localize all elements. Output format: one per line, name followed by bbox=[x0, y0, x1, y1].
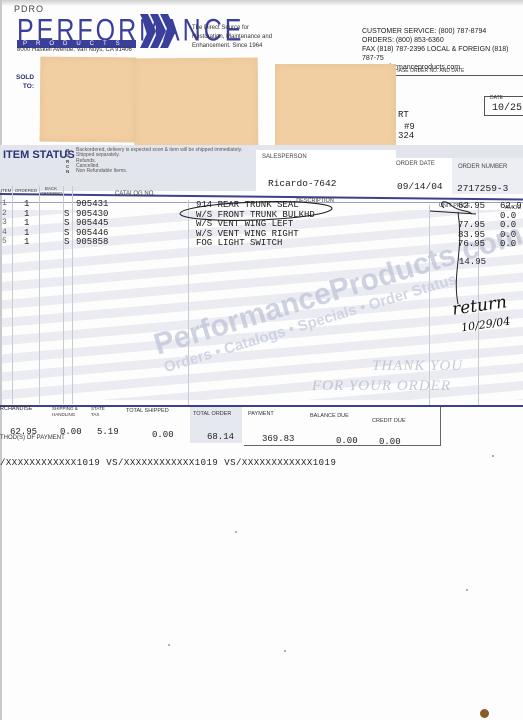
scan-speck bbox=[284, 650, 286, 652]
row-item: 5 bbox=[2, 237, 7, 246]
redaction-patch bbox=[134, 58, 259, 151]
total-shipped-value: 0.00 bbox=[152, 430, 174, 440]
tax-label: STATE TAX bbox=[91, 406, 107, 418]
merchandise-label: RCHANDISE bbox=[0, 406, 32, 412]
row-ordered: 1 bbox=[24, 237, 29, 247]
status-code-text: Non Refundable Items. bbox=[76, 169, 242, 174]
customer-service: CUSTOMER SERVICE: (800) 787-8794 bbox=[362, 27, 523, 36]
purchase-order-label: HASE ORDER NO. AND DATE bbox=[395, 68, 464, 74]
col-catalog-no: CATALOG NO. bbox=[105, 192, 165, 197]
credit-due-label: CREDIT DUE bbox=[372, 418, 406, 424]
chevron-logo-icon bbox=[140, 14, 176, 48]
scan-speck bbox=[235, 531, 237, 533]
status-codes: B S R C N bbox=[66, 148, 74, 174]
payment-label: PAYMENT bbox=[248, 411, 274, 417]
thank-you-text: THANK YOU bbox=[372, 358, 463, 375]
row-ordered: 1 bbox=[24, 199, 29, 209]
row-ordered: 1 bbox=[24, 209, 29, 219]
row-status: S bbox=[64, 209, 69, 219]
balance-due-value: 0.00 bbox=[336, 436, 358, 446]
col-back-ordered: BACK ORDERED bbox=[40, 186, 62, 196]
scan-speck bbox=[466, 589, 468, 591]
row-amount: 62.9 bbox=[500, 201, 522, 211]
total-shipped-label: TOTAL SHIPPED bbox=[126, 408, 169, 414]
payment-methods: /XXXXXXXXXXXX1019 VS/XXXXXXXXXXXX1019 VS… bbox=[0, 458, 336, 468]
scan-speck bbox=[492, 455, 494, 457]
row-catalog-no: 905430 bbox=[76, 209, 108, 219]
handwritten-annotations bbox=[176, 192, 476, 312]
row-status: S bbox=[64, 237, 69, 247]
date-label: DATE bbox=[490, 95, 503, 101]
divider bbox=[395, 75, 523, 76]
row-catalog-no: 905445 bbox=[76, 218, 108, 228]
row-status: S bbox=[64, 218, 69, 228]
row-item: 3 bbox=[2, 218, 7, 227]
balance-due-label: BALANCE DUE bbox=[310, 413, 349, 419]
payment-method-label: THOD(S) OF PAYMENT bbox=[0, 435, 65, 441]
col-item: ITEM bbox=[0, 188, 12, 193]
company-address: 8000 Haskell Avenue, Van Nuys, CA 91406 bbox=[17, 47, 132, 53]
payment-value: 369.83 bbox=[262, 434, 294, 444]
row-status: S bbox=[64, 228, 69, 238]
tax-value: 5.19 bbox=[97, 427, 119, 437]
row-catalog-no: 905446 bbox=[76, 228, 108, 238]
row-item: 4 bbox=[2, 228, 7, 237]
salesperson-label: SALESPERSON bbox=[262, 154, 307, 160]
item-status-title: ITEM STATUS bbox=[3, 149, 75, 161]
total-order-label: TOTAL ORDER bbox=[193, 411, 231, 417]
company-tagline: The Direct Source for Restoration, Maint… bbox=[192, 24, 282, 51]
status-code-descriptions: Backordered, delivery is expected soon &… bbox=[76, 148, 242, 174]
order-date-label: ORDER DATE bbox=[396, 161, 435, 167]
status-code: N bbox=[66, 169, 74, 174]
row-amount: 0.0 bbox=[500, 239, 516, 249]
credit-due-value: 0.00 bbox=[379, 437, 401, 447]
ship-to-fragment: 324 bbox=[398, 131, 414, 141]
orders-phone: ORDERS: (800) 853-6360 bbox=[362, 36, 523, 45]
row-item: 2 bbox=[2, 209, 7, 218]
thank-you-text: FOR YOUR ORDER bbox=[312, 378, 451, 395]
row-amount: 0.0 bbox=[500, 220, 516, 230]
shipping-label: SHIPPING & HANDLING bbox=[52, 406, 82, 418]
scan-shadow bbox=[0, 0, 523, 6]
ship-to-fragment: RT bbox=[398, 110, 409, 120]
row-catalog-no: 905858 bbox=[76, 237, 108, 247]
fax-number: FAX (818) 787-2396 LOCAL & FOREIGN (818)… bbox=[362, 45, 523, 63]
row-catalog-no: 905431 bbox=[76, 199, 108, 209]
col-ordered: ORDERED bbox=[14, 188, 38, 193]
scan-stain bbox=[480, 709, 489, 718]
sold-to-label: SOLD TO: bbox=[16, 73, 34, 91]
row-ordered: 1 bbox=[24, 218, 29, 228]
redaction-patch bbox=[275, 64, 396, 152]
row-item: 1 bbox=[2, 199, 7, 208]
row-ordered: 1 bbox=[24, 228, 29, 238]
row-amount: 0.0 bbox=[500, 230, 516, 240]
date-value: 10/25 bbox=[492, 103, 522, 114]
scan-speck bbox=[168, 644, 170, 646]
total-order-value: 68.14 bbox=[207, 432, 234, 442]
row-amount: 0.0 bbox=[500, 211, 516, 221]
order-number-label: ORDER NUMBER bbox=[458, 164, 507, 170]
redaction-patch bbox=[40, 57, 137, 143]
